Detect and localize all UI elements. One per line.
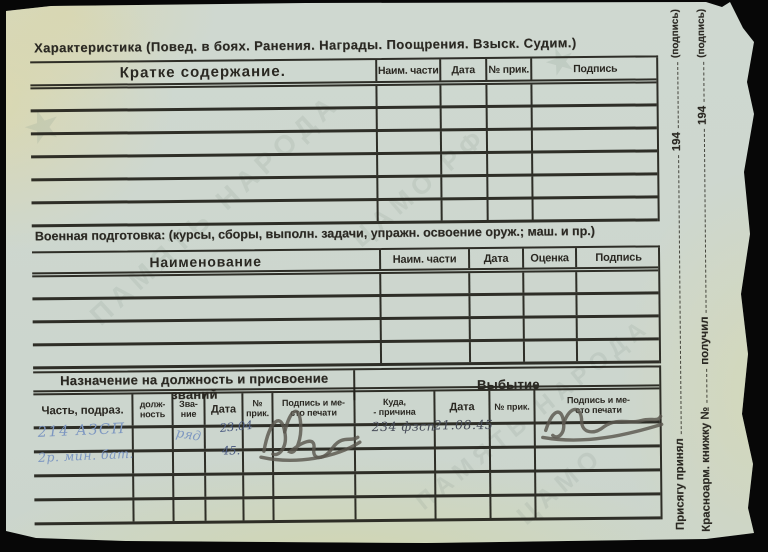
- handwritten-date-entry: 45.: [222, 443, 240, 457]
- column-header-name: Наименование: [32, 250, 379, 272]
- book-label: Красноарм. книжку №: [700, 407, 713, 532]
- column-header-signature: Подпись: [530, 57, 658, 79]
- book-signature-label: (подпись): [696, 9, 707, 58]
- paper-sheet: ПАМЯТЬ НАРОДА ЦАМО РФ ЦАМО ПАМЯТЬ НАРОДА…: [6, 2, 758, 543]
- dotted-leader: [706, 369, 707, 403]
- scanned-record-card: ПАМЯТЬ НАРОДА ЦАМО РФ ЦАМО ПАМЯТЬ НАРОДА…: [0, 0, 768, 552]
- table-row: [32, 198, 658, 227]
- book-year: 194: [697, 106, 709, 125]
- column-header-unit: Наим. части: [375, 59, 439, 81]
- column-header-date: Дата: [439, 59, 485, 80]
- oath-margin-line: Присягу принял 194 (подпись): [660, 9, 687, 530]
- oath-year: 194: [671, 132, 683, 151]
- column-header-unit: Наим. части: [379, 249, 468, 269]
- oath-signature-label: (подпись): [670, 9, 681, 58]
- characteristics-title: Характеристика (Повед. в боях. Ранения. …: [34, 34, 664, 55]
- dotted-leader: [678, 155, 682, 434]
- column-header-grade: Оценка: [522, 248, 575, 268]
- characteristics-table: Кратке содержание. Наим. части Дата № пр…: [30, 55, 660, 227]
- table-row: [34, 495, 660, 525]
- dotted-leader: [703, 62, 704, 102]
- table-row: [33, 340, 659, 369]
- training-table: Наименование Наим. части Дата Оценка Под…: [32, 245, 661, 369]
- column-header-rank: Зва- ние: [171, 394, 203, 425]
- column-header-position: долж- ность: [131, 394, 171, 425]
- redarmy-book-margin-line: Красноарм. книжку № получил 194 (подпись…: [686, 9, 713, 532]
- handwritten-departure-unit: 234 фзсп: [372, 418, 436, 434]
- pencil-signature: [253, 398, 366, 469]
- oath-label: Присягу принял: [674, 438, 687, 530]
- book-received-label: получил: [699, 316, 711, 364]
- column-header-signature: Подпись: [575, 247, 660, 267]
- dotted-leader: [704, 129, 707, 313]
- pencil-signature: [537, 395, 663, 444]
- dotted-leader: [677, 62, 679, 128]
- handwritten-departure-date: 21.08.45: [434, 417, 494, 433]
- column-header-summary: Кратке содержание.: [30, 60, 375, 84]
- column-header-order-no: № прик.: [485, 59, 530, 80]
- column-header-order-no: № прик.: [488, 391, 533, 422]
- column-header-date: Дата: [468, 249, 522, 269]
